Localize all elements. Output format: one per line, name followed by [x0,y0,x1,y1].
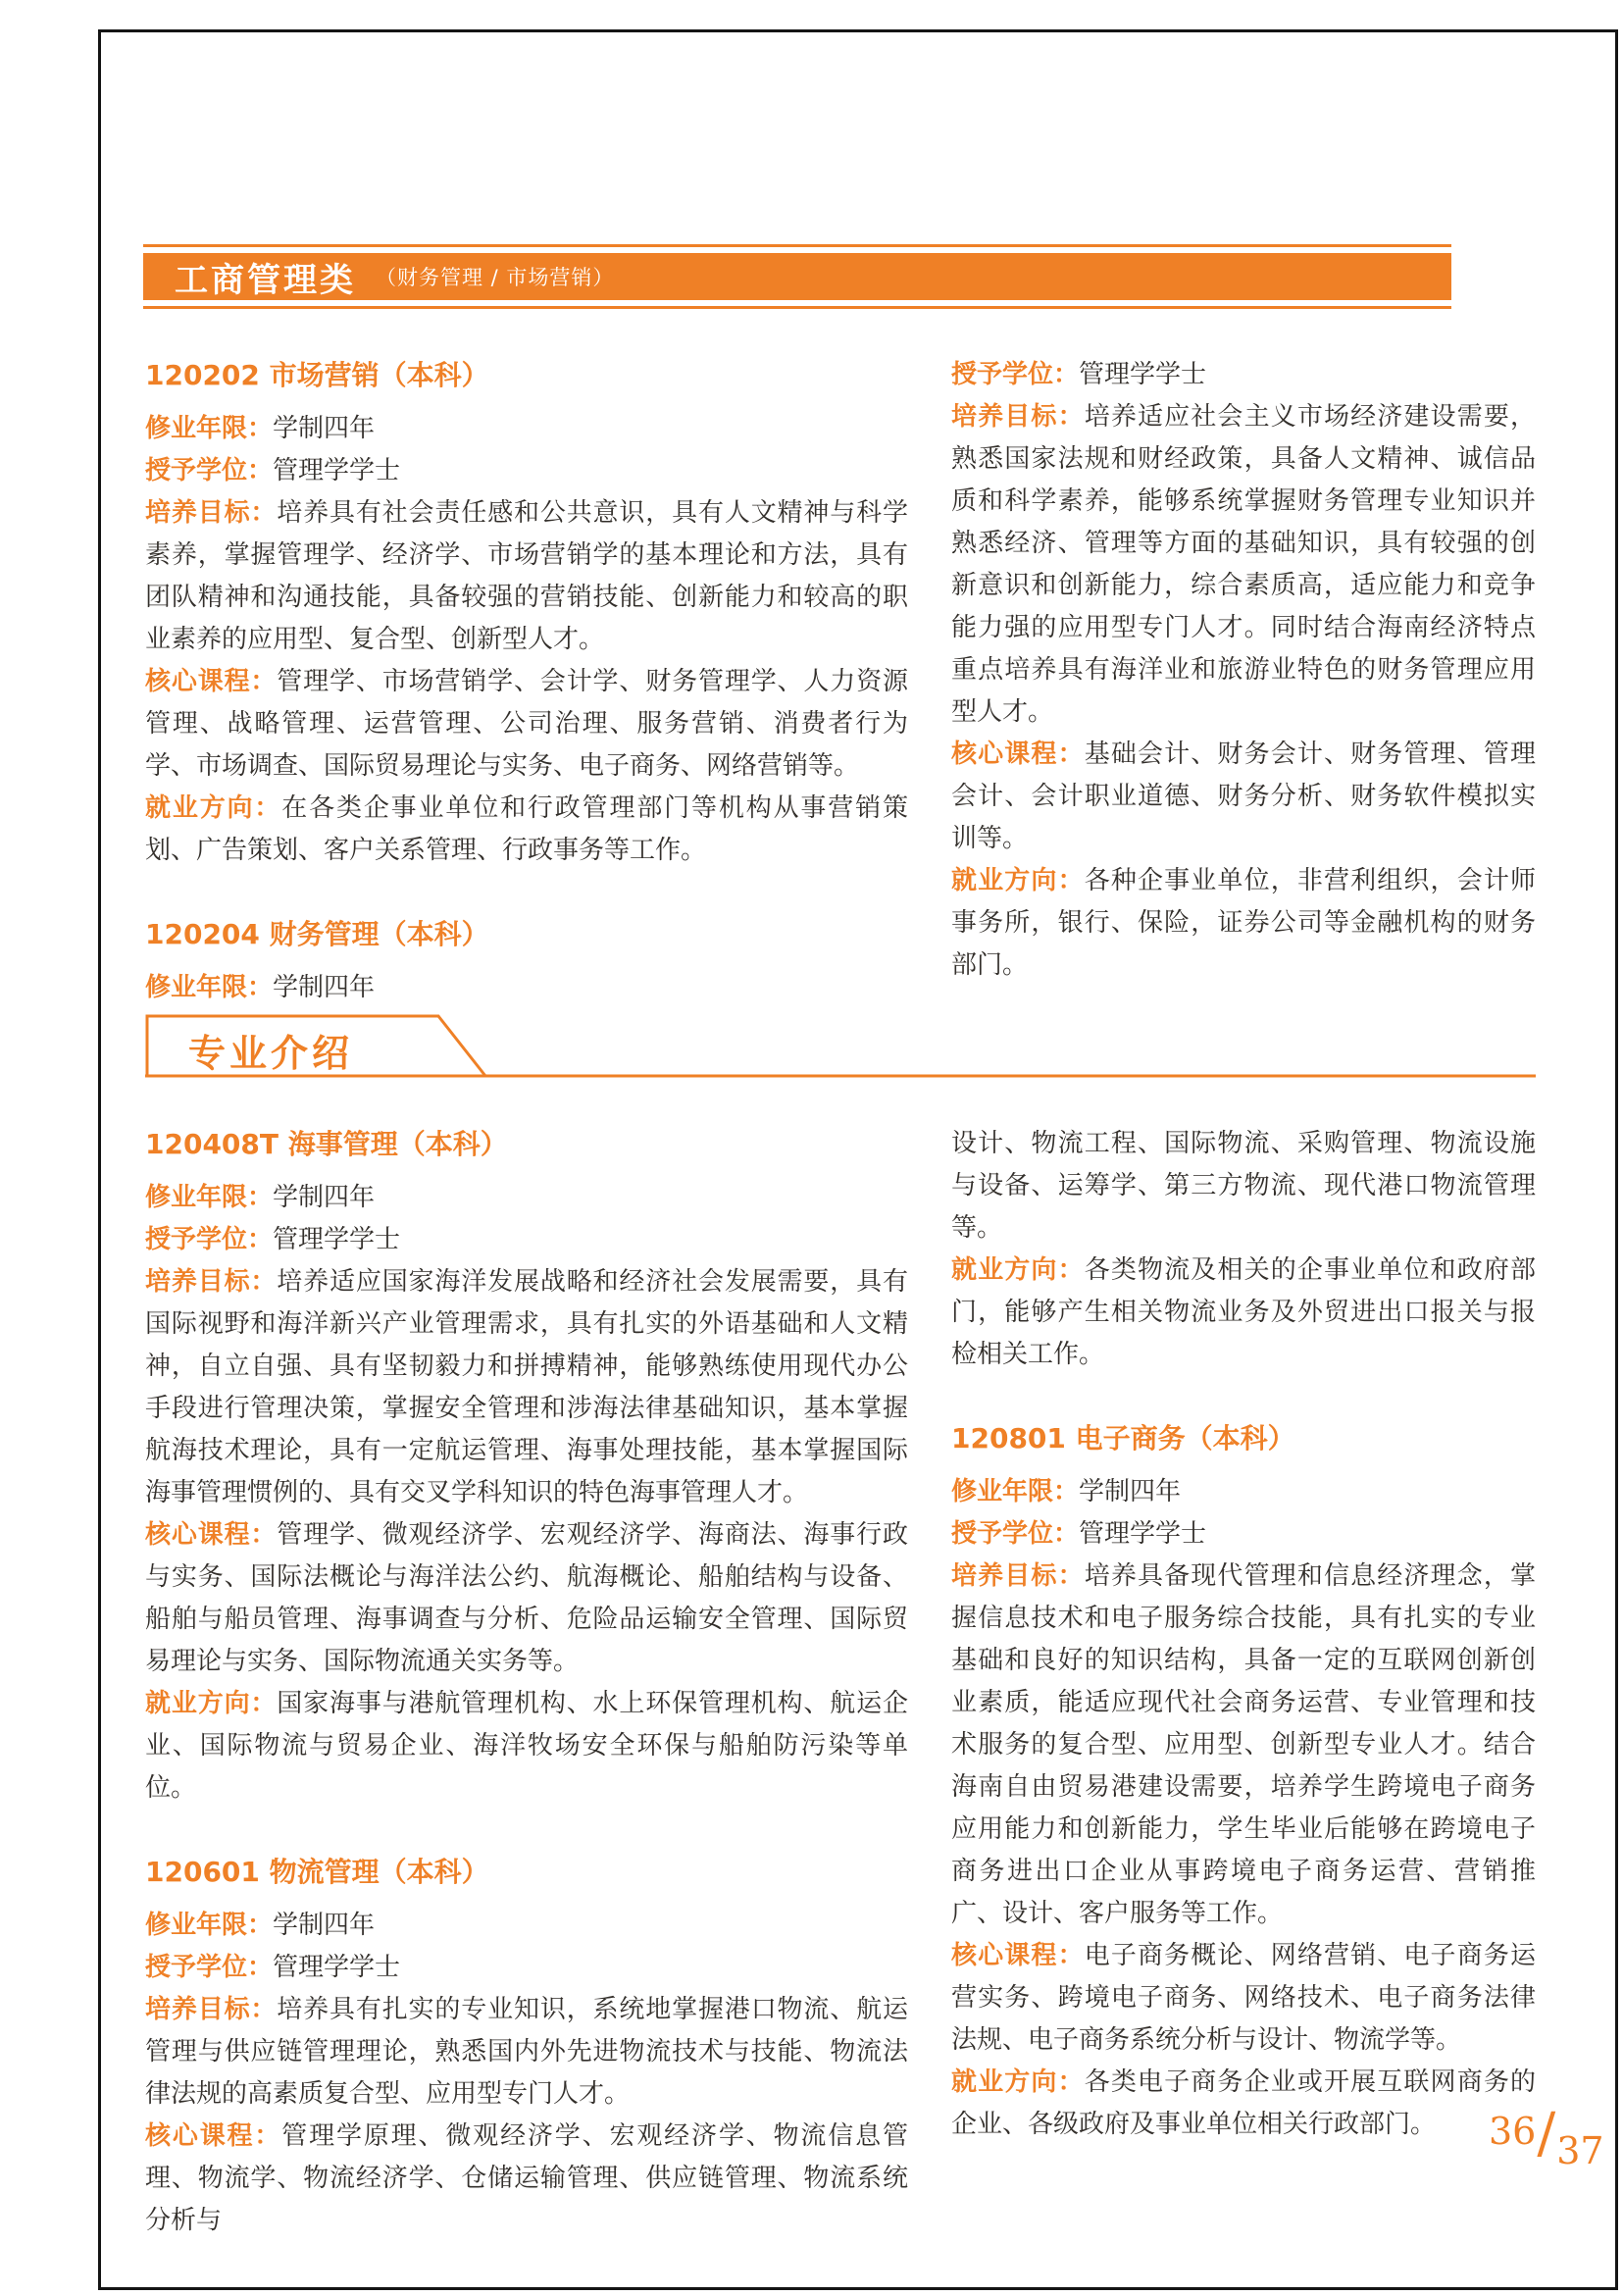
field-degree: 授予学位：管理学学士 [951,354,1536,396]
section-tab: 专业介绍 [145,1013,1536,1082]
field-courses-continued: 设计、物流工程、国际物流、采购管理、物流设施与设备、运筹学、第三方物流、现代港口… [951,1123,1536,1250]
field-text: 学制四年 [273,1183,375,1212]
field-text: 管理学学士 [273,456,400,485]
field-label: 修业年限： [951,1477,1079,1506]
field-objective: 培养目标：培养具备现代管理和信息经济理念，掌握信息技术和电子服务综合技能，具有扎… [951,1556,1536,1935]
field-label: 就业方向： [145,1689,277,1718]
major-section-finance-continued: 授予学位：管理学学士 培养目标：培养适应社会主义市场经济建设需要，熟悉国家法规和… [951,354,1536,987]
field-courses: 核心课程：管理学、微观经济学、宏观经济学、海商法、海事行政与实务、国际法概论与海… [145,1514,908,1683]
page-frame: 工商管理类 （财务管理 / 市场营销） 120202 市场营销（本科） 修业年限… [98,29,1618,2290]
page-number-current: 36 [1489,2110,1536,2153]
field-label: 修业年限： [145,973,273,1002]
header-rule-bottom [143,306,1451,309]
column-top-right: 授予学位：管理学学士 培养目标：培养适应社会主义市场经济建设需要，熟悉国家法规和… [951,354,1536,987]
major-section-ecommerce: 120801 电子商务（本科） 修业年限：学制四年 授予学位：管理学学士 培养目… [951,1417,1536,2146]
field-label: 授予学位： [145,1953,273,1982]
field-label: 修业年限： [145,1183,273,1212]
major-title: 120601 物流管理（本科） [145,1851,908,1893]
field-label: 培养目标： [145,1267,277,1297]
field-label: 就业方向： [145,793,281,823]
field-text: 管理学学士 [1079,1519,1206,1549]
field-duration: 修业年限：学制四年 [145,1177,908,1219]
field-label: 就业方向： [951,1255,1085,1285]
column-top-left: 120202 市场营销（本科） 修业年限：学制四年 授予学位：管理学学士 培养目… [145,354,908,1009]
field-label: 培养目标： [951,1561,1085,1591]
field-label: 核心课程： [145,2121,281,2151]
field-text: 设计、物流工程、国际物流、采购管理、物流设施与设备、运筹学、第三方物流、现代港口… [951,1129,1536,1243]
column-bottom-right: 设计、物流工程、国际物流、采购管理、物流设施与设备、运筹学、第三方物流、现代港口… [951,1123,1536,2146]
field-label: 核心课程： [145,667,277,696]
column-bottom-left: 120408T 海事管理（本科） 修业年限：学制四年 授予学位：管理学学士 培养… [145,1123,908,2242]
field-text: 培养适应国家海洋发展战略和经济社会发展需要，具有国际视野和海洋新兴产业管理需求，… [145,1267,908,1507]
field-text: 培养适应社会主义市场经济建设需要，熟悉国家法规和财经政策，具备人文精神、诚信品质… [951,402,1536,727]
field-label: 核心课程： [145,1520,277,1550]
field-degree: 授予学位：管理学学士 [145,450,908,492]
field-label: 培养目标： [145,498,277,528]
field-courses: 核心课程：基础会计、财务会计、财务管理、管理会计、会计职业道德、财务分析、财务软… [951,734,1536,860]
page-number-slash: / [1537,2102,1555,2166]
major-title: 120408T 海事管理（本科） [145,1123,908,1165]
field-objective: 培养目标：培养具有扎实的专业知识，系统地掌握港口物流、航运管理与供应链管理理论，… [145,1989,908,2116]
header-subtitle: （财务管理 / 市场营销） [376,262,614,291]
field-careers: 就业方向：国家海事与港航管理机构、水上环保管理机构、航运企业、国际物流与贸易企业… [145,1683,908,1810]
field-label: 修业年限： [145,414,273,443]
major-title: 120202 市场营销（本科） [145,354,908,396]
field-text: 管理学学士 [1079,360,1206,389]
field-courses: 核心课程：电子商务概论、网络营销、电子商务运营实务、跨境电子商务、网络技术、电子… [951,1935,1536,2062]
header-category: 工商管理类 [175,253,356,301]
field-text: 学制四年 [273,414,375,443]
field-degree: 授予学位：管理学学士 [145,1947,908,1989]
field-objective: 培养目标：培养适应国家海洋发展战略和经济社会发展需要，具有国际视野和海洋新兴产业… [145,1261,908,1514]
field-careers: 就业方向：各种企事业单位，非营利组织，会计师事务所，银行、保险，证券公司等金融机… [951,860,1536,987]
field-text: 管理学学士 [273,1225,400,1254]
field-degree: 授予学位：管理学学士 [145,1219,908,1261]
field-objective: 培养目标：培养具有社会责任感和公共意识，具有人文精神与科学素养，掌握管理学、经济… [145,492,908,661]
major-title: 120801 电子商务（本科） [951,1417,1536,1459]
page-number-total: 37 [1556,2129,1603,2172]
page-number: 36/37 [1489,2094,1604,2158]
field-duration: 修业年限：学制四年 [145,967,908,1009]
field-label: 就业方向： [951,866,1085,895]
field-label: 修业年限： [145,1911,273,1940]
field-duration: 修业年限：学制四年 [145,1905,908,1947]
section-tab-outline [145,1013,1536,1082]
field-careers: 就业方向：各类电子商务企业或开展互联网商务的企业、各级政府及事业单位相关行政部门… [951,2062,1536,2146]
major-section-logistics: 120601 物流管理（本科） 修业年限：学制四年 授予学位：管理学学士 培养目… [145,1851,908,2242]
field-courses: 核心课程：管理学、市场营销学、会计学、财务管理学、人力资源管理、战略管理、运营管… [145,661,908,788]
major-section-logistics-continued: 设计、物流工程、国际物流、采购管理、物流设施与设备、运筹学、第三方物流、现代港口… [951,1123,1536,1376]
field-label: 授予学位： [145,456,273,485]
field-careers: 就业方向：各类物流及相关的企事业单位和政府部门，能够产生相关物流业务及外贸进出口… [951,1250,1536,1376]
major-section-marketing: 120202 市场营销（本科） 修业年限：学制四年 授予学位：管理学学士 培养目… [145,354,908,872]
major-section-maritime: 120408T 海事管理（本科） 修业年限：学制四年 授予学位：管理学学士 培养… [145,1123,908,1810]
field-duration: 修业年限：学制四年 [145,408,908,450]
field-objective: 培养目标：培养适应社会主义市场经济建设需要，熟悉国家法规和财经政策，具备人文精神… [951,396,1536,734]
field-label: 培养目标： [951,402,1085,432]
field-label: 授予学位： [951,1519,1079,1549]
major-title: 120204 财务管理（本科） [145,913,908,955]
field-text: 培养具备现代管理和信息经济理念，掌握信息技术和电子服务综合技能，具有扎实的专业基… [951,1561,1536,1928]
field-label: 授予学位： [145,1225,273,1254]
field-text: 学制四年 [1079,1477,1181,1506]
section-tab-label: 专业介绍 [188,1023,353,1077]
field-text: 学制四年 [273,973,375,1002]
field-careers: 就业方向：在各类企事业单位和行政管理部门等机构从事营销策划、广告策划、客户关系管… [145,788,908,872]
header-rule-top [143,244,1451,247]
field-label: 授予学位： [951,360,1079,389]
field-label: 核心课程： [951,740,1085,769]
field-text: 管理学学士 [273,1953,400,1982]
header-band: 工商管理类 （财务管理 / 市场营销） [143,253,1451,300]
category-header: 工商管理类 （财务管理 / 市场营销） [143,244,1451,309]
field-duration: 修业年限：学制四年 [951,1471,1536,1513]
field-text: 学制四年 [273,1911,375,1940]
field-courses: 核心课程：管理学原理、微观经济学、宏观经济学、物流信息管理、物流学、物流经济学、… [145,2116,908,2242]
major-section-finance: 120204 财务管理（本科） 修业年限：学制四年 [145,913,908,1009]
field-degree: 授予学位：管理学学士 [951,1513,1536,1556]
field-label: 培养目标： [145,1995,277,2024]
field-label: 核心课程： [951,1941,1085,1970]
field-label: 就业方向： [951,2067,1085,2097]
